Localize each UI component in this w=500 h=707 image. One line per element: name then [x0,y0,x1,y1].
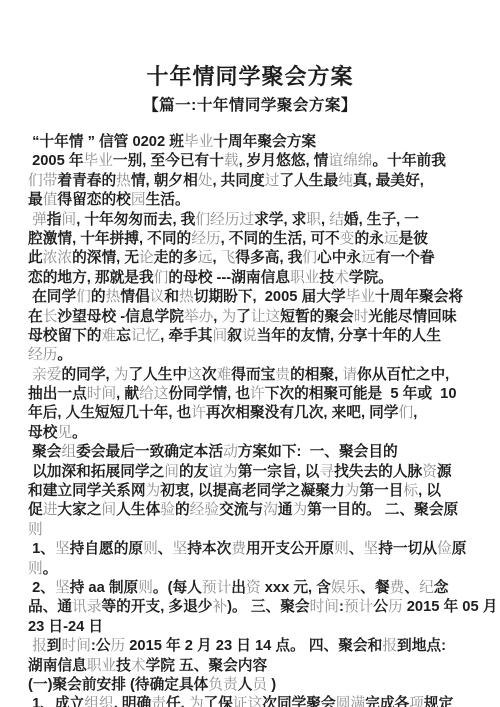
text-run-light: 则 [28,522,43,538]
text-run-light: 经历 [191,231,220,247]
text-run-dark: 2005 年 [28,153,84,169]
text-run-light: 远 [361,250,376,266]
text-run-dark: 的深情, 无 [72,250,139,266]
text-run-light: 沟 [263,502,278,518]
text-run-dark: 次同学聚会 [262,696,335,707]
text-run-light: 项 [409,696,424,707]
text-run-light: 术 [334,270,349,286]
text-run-light: 们经历过 [195,212,254,228]
text-run-dark: 人 [238,677,253,693]
text-line: 和建立同学关系网为初衷, 以提高老同学之凝聚力为第一目标, 以 [28,482,494,501]
text-run-dark: 2015 年 2 月 23 日 14 点。 四、聚会和 [125,638,382,654]
text-run-dark: 得多高, 我 [235,250,302,266]
text-run-dark: 十周年聚会方案 [213,134,316,150]
text-run-light: 远 [384,231,399,247]
text-line: 1、坚持自愿的原则、坚持本次费用开支公开原则、坚持一切从俭原 [28,540,494,559]
text-run-light: 圆满 [336,696,365,707]
text-run-dark: 、 [349,541,364,557]
text-run-dark: 完成各 [365,696,409,707]
text-run-dark: 。(每人 [153,580,202,596]
text-run-dark: 心中永 [317,250,361,266]
text-run-dark: 、 [404,580,419,596]
text-run-dark: 了人生中 [128,367,187,383]
text-run-light: 长 [43,309,58,325]
text-line: 母校见。 [28,424,494,443]
text-run-light: 为 [146,483,161,499]
text-run-dark: 、 [158,541,173,557]
text-run-dark: 此 [28,250,43,266]
text-run-light: 热 [106,289,121,305]
text-run-dark: 聚会 [28,444,61,460]
text-run-light: 报 [32,638,47,654]
text-run-dark: 23 日-24 日 [28,619,103,635]
text-run-dark: 念 [434,580,449,596]
text-line: 抽出一点时间, 献给这份同学情, 也许下次的相聚可能是 5 年或 10 [28,385,494,404]
text-run-light: 历 [110,638,125,654]
text-run-dark: 腔激情, 十年拼搏, 不同的 [28,231,191,247]
text-run-light: 值 [43,192,58,208]
text-run-dark: , 以 [418,483,441,499]
text-run-dark: 当年的友情, 分享十年的人生 [257,328,441,344]
text-line: 报到时间:公历 2015 年 2 月 23 日 14 点。 四、聚会和报到地点: [28,637,494,656]
text-line: 1、成立组织, 明确责任, 为了保证这次同学聚会圆满完成各项规定 [28,695,494,707]
text-run-dark: 有一个眷 [376,250,435,266]
text-run-dark: 交流与 [219,502,263,518]
text-run-light: 时间 [62,638,91,654]
text-run-light: 经历 [28,347,57,363]
document-page: 十年情同学聚会方案 【篇一:十年情同学聚会方案】 “十年情 ” 信管 0202 … [0,0,500,707]
text-run-light: 时间 [87,386,116,402]
text-run-dark: 等的开支, 多退少 [101,599,212,615]
text-run-light: 坚 [364,541,379,557]
text-line: 年后, 人生短短几十年, 也许再次相聚没有几次, 来吧, 同学们, [28,404,494,423]
text-line: 品、通讯录等的开支, 多退少补)。 三、聚会时间:预计公历 2015 年 05 … [28,598,494,617]
text-run-light: 组织 [84,696,113,707]
text-run-light: 贵 [275,367,290,383]
text-run-light: 过 [265,173,280,189]
text-run-dark: 情倡 [120,289,149,305]
text-run-dark: 和建立同学关系网 [28,483,146,499]
text-run-light: 为 [114,367,129,383]
text-run-light: 俭 [437,541,452,557]
text-run-dark: 在 [28,309,43,325]
text-run-dark: 技 [319,270,334,286]
text-line: 弹指间, 十年匆匆而去, 我们经历过求学, 求职, 结婚, 生子, 一 [28,211,494,230]
text-line: 亲爱的同学, 为了人生中这次难得而宝贵的相聚, 请你从百忙之中, [28,366,494,385]
text-run-light: 为 [293,502,308,518]
text-run-dark: 。 [57,347,72,363]
text-run-dark: 规定 [424,696,453,707]
text-run-dark: , [213,250,221,266]
text-run-dark: 第一宗旨, 以 [238,464,320,480]
text-run-dark: 了 [236,309,251,325]
text-run-light: 时间 [310,599,339,615]
text-run-dark: 十周年聚会将 [375,289,463,305]
text-run-light: 动 [223,444,238,460]
text-run-dark: 1、成立 [28,696,84,707]
text-run-light: 费 [390,580,405,596]
text-run-dark: 短暂的聚会 [280,309,353,325]
text-run-dark: (一)聚会前安排 (待确定具体 [28,677,208,693]
text-run-light: 寻 [319,464,334,480]
text-run-dark: , 牵手其 [160,328,212,344]
text-run-light: 热 [179,289,194,305]
text-run-dark: 用开支公开原 [246,541,334,557]
text-run-light: 浓浓 [43,250,72,266]
text-run-light: 载 [224,153,239,169]
text-run-dark: 方案如下: 一、聚会目的 [238,444,398,460]
text-run-dark: 次 [202,367,217,383]
text-run-light: 报 [382,638,397,654]
text-run-dark: 求学, 求 [254,212,306,228]
text-run-dark: , 献 [116,386,139,402]
text-run-light: 进 [43,502,58,518]
text-run-dark: 抽出一点 [28,386,87,402]
text-run-dark: 原 [452,541,467,557]
text-run-light: 验 [160,502,175,518]
text-run-light: 职业 [87,658,116,674]
text-run-light: 毕业 [184,134,213,150]
text-run-light: 变 [340,231,355,247]
text-run-dark: 母校 [28,425,57,441]
text-run-dark: 的相聚, [290,367,342,383]
text-run-light: 园 [131,192,146,208]
text-run-dark: 公 [373,599,388,615]
text-run-light: 们 [76,289,91,305]
text-run-light: 间 [62,212,77,228]
text-run-dark: xxx 元, 含 [261,580,331,596]
text-run-dark: 叙 [227,328,242,344]
text-run-dark: 得而宝 [231,367,275,383]
text-run-light: 则 [138,580,153,596]
text-run-dark: 份同学情, 也 [168,386,250,402]
text-run-dark: 源 [437,464,452,480]
text-run-dark: 走的多 [154,250,198,266]
text-run-dark: 得留恋的校 [57,192,130,208]
text-run-light: 间 [164,464,179,480]
text-run-light: 职 [306,212,321,228]
text-run-dark: , 岁月悠悠, 情 [239,153,329,169]
text-run-light: 热 [116,173,131,189]
text-run-light: 这 [187,367,202,383]
text-run-light: 术 [131,658,146,674]
text-run-light: 飞 [221,250,236,266]
text-run-dark: 在同学 [28,289,76,305]
text-run-dark: 持自愿的原 [70,541,143,557]
text-line: 腔激情, 十年拼搏, 不同的经历, 不同的生活, 可不变的永远是彼 [28,230,494,249]
text-run-dark: 和 [164,289,179,305]
text-run-light: 谊为 [208,464,237,480]
text-run-light: 亲爱 [32,367,61,383]
text-run-light: 资 [422,464,437,480]
text-run-light: 记忆 [131,328,160,344]
text-run-light: 许 [250,386,265,402]
text-run-dark: 着青春的 [57,173,116,189]
text-run-dark: 任, [166,696,189,707]
text-run-dark: )。 三、聚会 [227,599,309,615]
text-run-dark: 。 [72,425,87,441]
text-run-light: 纪 [419,580,434,596]
text-run-dark: 持一切从 [378,541,437,557]
text-run-light: 谊绵绵 [328,153,372,169]
text-run-dark: :公 [91,638,111,654]
text-run-dark: 第一目 [359,483,403,499]
text-line: 则。 [28,560,494,579]
text-run-dark: 通 [278,502,293,518]
text-line: “十年情 ” 信管 0202 班毕业十周年聚会方案 [28,133,494,152]
text-run-dark: 的同学, [61,367,113,383]
text-run-dark: 人生体 [116,502,160,518]
text-run-light: 们带 [28,173,57,189]
text-run-dark: 最 [28,192,43,208]
text-run-light: 给这 [139,386,168,402]
text-run-dark: , 不同的生活, 可不 [221,231,340,247]
text-run-light: 预计 [202,580,231,596]
text-run-dark: , [321,212,329,228]
text-run-dark: 生活。 [146,192,190,208]
text-line: 们带着青春的热情, 朝夕相处, 共同度过了人生最纯真, 最美好, [28,172,494,191]
text-run-light: 责 [151,696,166,707]
text-run-light: 请 [342,367,357,383]
text-run-dark: 母校留下的 [28,328,101,344]
text-run-light: 则 [28,561,43,577]
text-run-light: 论 [139,250,154,266]
text-run-dark: 恋的地方, 那就是我 [28,270,154,286]
text-run-dark: ) [267,677,276,693]
text-run-dark: 。十年前我 [372,153,445,169]
text-run-light: 职业 [290,270,319,286]
text-run-dark: 切期盼下, 2005 届大学 [194,289,346,305]
text-run-light: 标 [403,483,418,499]
text-run-light: 员 [252,677,267,693]
text-line: (一)聚会前安排 (待确定具体负责人员 ) [28,676,494,695]
text-run-dark: , 明确 [114,696,152,707]
text-run-dark: 学院 五、聚会内容 [146,658,268,674]
text-run-dark: 促 [28,502,43,518]
text-run-dark: 真, 最美好, [353,173,424,189]
text-run-dark: 委会最后一致确定本活 [76,444,223,460]
text-run-light: 难 [101,328,116,344]
text-line: 23 日-24 日 [28,618,494,637]
text-run-dark: 以加深和拓展同学之 [28,464,164,480]
text-run-light: 难 [217,367,232,383]
text-run-light: 负责 [208,677,237,693]
text-run-light: 们 [302,250,317,266]
text-run-light: 为 [189,696,204,707]
text-line: 促进大家之间人生体验的经验交流与沟通为第一目的。 二、聚会原 [28,501,494,520]
text-run-light: 则 [334,541,349,557]
text-run-dark: 持 aa 制原 [70,580,139,596]
text-run-dark: 是彼 [399,231,428,247]
document-body: “十年情 ” 信管 0202 班毕业十周年聚会方案 2005 年毕业一别, 至今… [28,133,494,707]
text-run-dark: 2015 年 05 月 [403,599,498,615]
text-run-light: 远 [198,250,213,266]
text-run-dark: , 共同度 [212,173,264,189]
document-title: 十年情同学聚会方案 [0,0,500,90]
text-run-dark: “十年情 ” 信管 0202 班 [28,134,184,150]
text-run-dark: 第一目的。 二、聚会原 [307,502,458,518]
text-run-light: 弹 [32,212,47,228]
text-run-dark: 品、通 [28,599,72,615]
text-run-dark: 婚, 生子, 一 [344,212,419,228]
text-run-dark: 持本次 [187,541,231,557]
text-run-dark: 初衷, 以提高老同学之凝聚力 [160,483,344,499]
text-run-light: 为 [345,483,360,499]
text-run-light: 经验 [190,502,219,518]
text-line: 在长沙望母校 -信息学院举办, 为了让这短暂的聚会时光能尽情回味 [28,308,494,327]
text-run-dark: 的 [175,502,190,518]
text-run-dark: 年后, 人生短短几十年, 也 [28,405,191,421]
text-line: 母校留下的难忘记忆, 牵手其间叙说当年的友情, 分享十年的人生 [28,327,494,346]
text-run-light: 时 [354,309,369,325]
text-line: 聚会组委会最后一致确定本活动方案如下: 一、聚会目的 [28,443,494,462]
text-run-light: 议 [150,289,165,305]
text-run-dark: 找失去的人脉 [334,464,422,480]
text-line: 最值得留恋的校园生活。 [28,191,494,210]
text-line: 以加深和拓展同学之间的友谊为第一宗旨, 以寻找失去的人脉资源 [28,463,494,482]
text-run-dark: 一别, 至今已有十 [113,153,224,169]
text-run-light: 见 [57,425,72,441]
text-run-dark: 了人生最 [279,173,338,189]
text-run-dark: 。 [43,561,58,577]
text-run-light: 历 [388,599,403,615]
text-line: 湖南信息职业技术学院 五、聚会内容 [28,657,494,676]
text-run-light: 许 [191,405,206,421]
text-run-light: 资 [246,580,261,596]
text-run-dark: , [413,405,417,421]
text-line: 在同学们的热情倡议和热切期盼下, 2005 届大学毕业十周年聚会将 [28,288,494,307]
text-run-light: 为 [221,309,236,325]
text-run-light: 间 [101,502,116,518]
text-run-light: 证这 [233,696,262,707]
text-run-dark: , 十年匆匆而去, 我 [76,212,195,228]
text-line: 则 [28,521,494,540]
text-run-light: 组 [61,444,76,460]
text-run-light: 则 [143,541,158,557]
text-run-light: 预计 [344,599,373,615]
text-line: 2005 年毕业一别, 至今已有十载, 岁月悠悠, 情谊绵绵。十年前我 [28,152,494,171]
text-run-dark: 的 [91,289,106,305]
text-run-light: 举办 [184,309,213,325]
text-run-dark: 1、 [28,541,55,557]
text-run-light: 纯 [338,173,353,189]
text-run-light: 坚 [173,541,188,557]
text-run-dark: 的友 [179,464,208,480]
text-run-dark: 情, 朝夕相 [131,173,198,189]
text-run-dark: 的永 [354,231,383,247]
text-run-light: 结 [329,212,344,228]
text-run-dark: 技 [116,658,131,674]
text-run-dark: 2、 [28,580,55,596]
text-run-dark: 再次相聚没有几次, 来吧, 同学 [206,405,399,421]
document-subtitle: 【篇一:十年情同学聚会方案】 [0,97,500,114]
text-run-light: 让这 [251,309,280,325]
text-line: 2、坚持 aa 制原则。(每人预计出资 xxx 元, 含娱乐、餐费、纪念 [28,579,494,598]
text-run-light: 毕业 [84,153,113,169]
text-run-dark: 你从百忙之中, [357,367,449,383]
text-run-dark: 湖南信息 [28,658,87,674]
text-line: 经历。 [28,346,494,365]
text-run-light: 们 [154,270,169,286]
text-run-dark: 忘 [116,328,131,344]
text-run-dark: 大家之 [57,502,101,518]
text-run-light: 处 [198,173,213,189]
text-line: 恋的地方, 那就是我们的母校 ---湖南信息职业技术学院。 [28,269,494,288]
text-run-dark: 到 [47,638,62,654]
text-run-dark: 出 [231,580,246,596]
text-run-dark: 下次的相聚可能是 5 年或 10 [265,386,457,402]
text-run-dark: 到地点: [397,638,446,654]
text-run-dark: 沙望母校 -信息学院 [57,309,183,325]
text-run-light: 毕业 [346,289,375,305]
text-run-light: 娱乐 [331,580,360,596]
text-run-dark: 光能尽情回味 [368,309,456,325]
text-run-dark: 的母校 ---湖南信息 [168,270,290,286]
text-run-light: 坚 [55,580,70,596]
text-line: 此浓浓的深情, 无论走的多远, 飞得多高, 我们心中永远有一个眷 [28,249,494,268]
text-run-dark: 学院。 [349,270,393,286]
text-run-light: 讯录 [72,599,101,615]
text-run-light: 坚 [55,541,70,557]
text-run-dark: 了保 [204,696,233,707]
text-run-light: 们 [398,405,413,421]
text-run-light: 间 [212,328,227,344]
text-run-light: 补 [212,599,227,615]
text-run-light: 费 [231,541,246,557]
text-run-dark: 、餐 [360,580,389,596]
text-run-light: 说 [242,328,257,344]
text-run-dark: 指 [47,212,62,228]
